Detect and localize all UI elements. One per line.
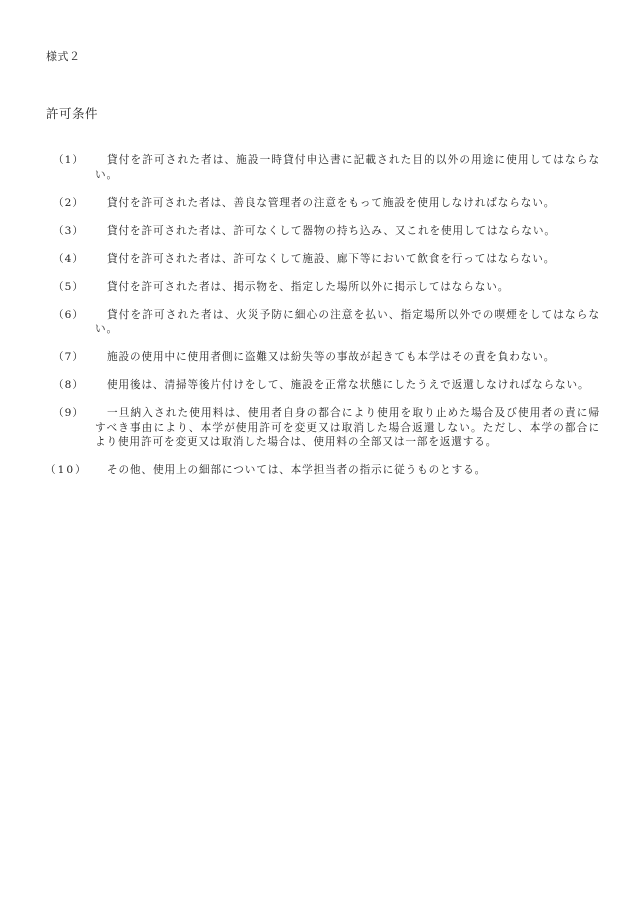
condition-text: 貸付を許可された者は、施設一時貸付申込書に記載された目的以外の用途に使用してはな… [95,153,600,182]
form-number: 様式２ [46,48,81,64]
condition-number: （8） [53,378,84,393]
condition-item: （1） 貸付を許可された者は、施設一時貸付申込書に記載された目的以外の用途に使用… [0,153,630,182]
conditions-list: （1） 貸付を許可された者は、施設一時貸付申込書に記載された目的以外の用途に使用… [0,153,630,491]
condition-item: （2） 貸付を許可された者は、善良な管理者の注意をもって施設を使用しなければなら… [0,196,630,211]
condition-text: 貸付を許可された者は、掲示物を、指定した場所以外に掲示してはならない。 [95,280,600,295]
condition-item: （10） その他、使用上の細部については、本学担当者の指示に従うものとする。 [0,463,630,478]
condition-number: （4） [53,252,84,267]
condition-text: 施設の使用中に使用者側に盗難又は紛失等の事故が起きても本学はその責を負わない。 [95,350,600,365]
condition-text: 貸付を許可された者は、許可なくして器物の持ち込み、又これを使用してはならない。 [95,224,600,239]
condition-number: （7） [53,350,84,365]
condition-item: （9） 一旦納入された使用料は、使用者自身の都合により使用を取り止めた場合及び使… [0,406,630,450]
condition-number: （3） [53,224,84,239]
condition-item: （8） 使用後は、清掃等後片付けをして、施設を正常な状態にしたうえで返還しなけれ… [0,378,630,393]
condition-text: 一旦納入された使用料は、使用者自身の都合により使用を取り止めた場合及び使用者の責… [95,406,600,450]
condition-number: （10） [45,463,88,478]
condition-number: （1） [53,153,84,168]
condition-text: その他、使用上の細部については、本学担当者の指示に従うものとする。 [95,463,600,478]
condition-item: （4） 貸付を許可された者は、許可なくして施設、廊下等において飲食を行ってはなら… [0,252,630,267]
condition-number: （2） [53,196,84,211]
condition-item: （5） 貸付を許可された者は、掲示物を、指定した場所以外に掲示してはならない。 [0,280,630,295]
condition-text: 使用後は、清掃等後片付けをして、施設を正常な状態にしたうえで返還しなければならな… [95,378,600,393]
page-title: 許可条件 [46,104,98,122]
condition-number: （6） [53,308,84,323]
condition-item: （7） 施設の使用中に使用者側に盗難又は紛失等の事故が起きても本学はその責を負わ… [0,350,630,365]
condition-item: （6） 貸付を許可された者は、火災予防に細心の注意を払い、指定場所以外での喫煙を… [0,308,630,337]
condition-item: （3） 貸付を許可された者は、許可なくして器物の持ち込み、又これを使用してはなら… [0,224,630,239]
condition-text: 貸付を許可された者は、許可なくして施設、廊下等において飲食を行ってはならない。 [95,252,600,267]
condition-text: 貸付を許可された者は、善良な管理者の注意をもって施設を使用しなければならない。 [95,196,600,211]
condition-number: （9） [53,406,84,421]
condition-number: （5） [53,280,84,295]
condition-text: 貸付を許可された者は、火災予防に細心の注意を払い、指定場所以外での喫煙をしてはな… [95,308,600,337]
